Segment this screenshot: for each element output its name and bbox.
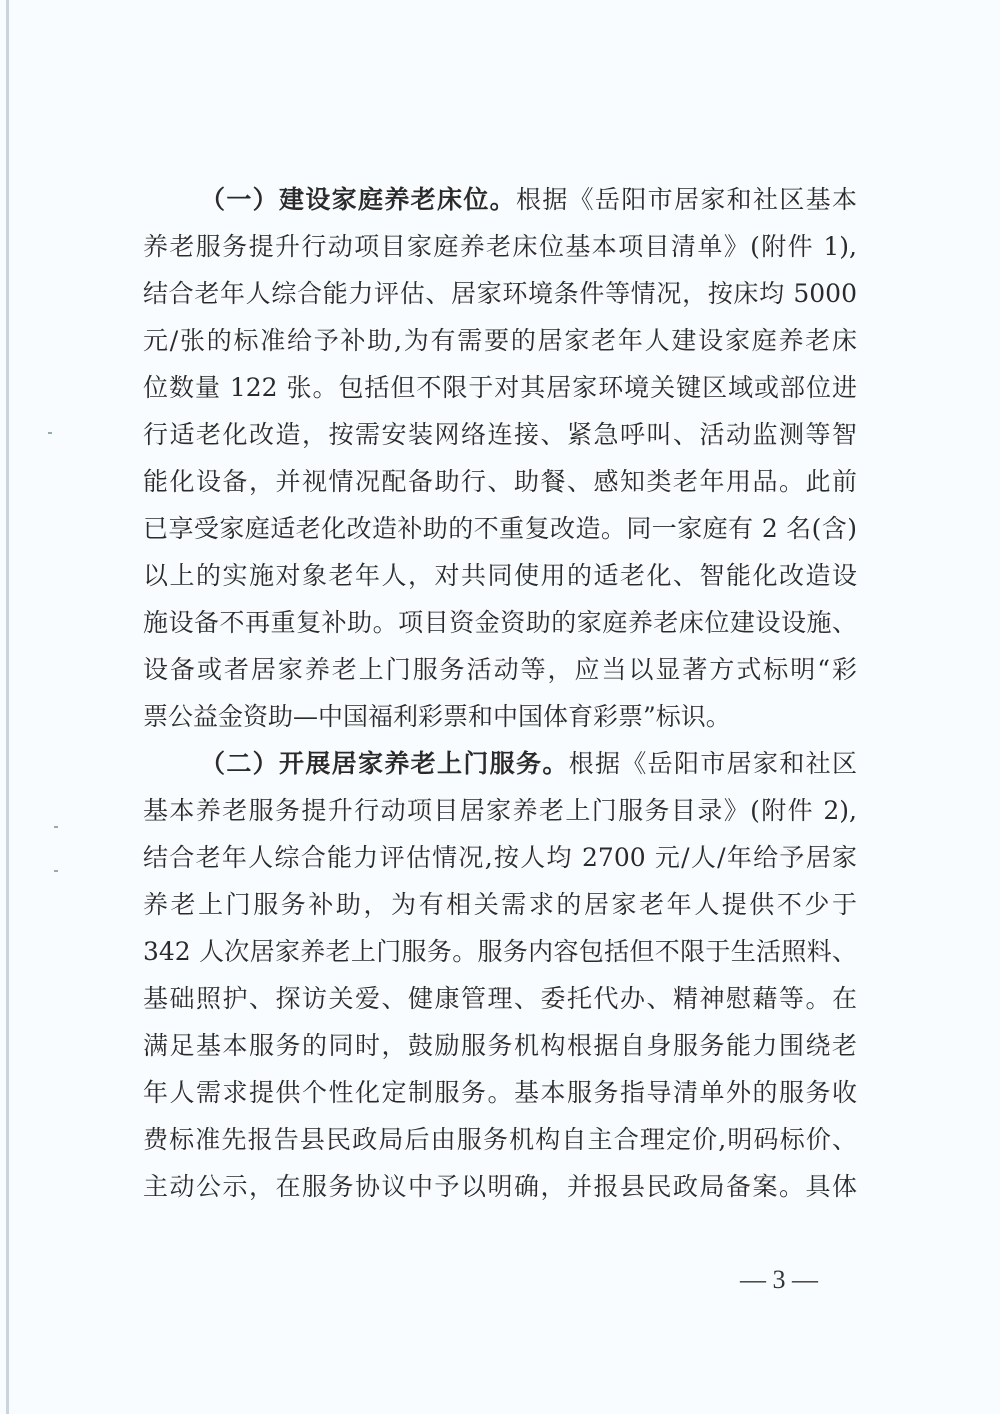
paragraph-line: 元/张的标准给予补助,为有需要的居家老年人建设家庭养老床 bbox=[143, 317, 857, 364]
paragraph-line: 费标准先报告县民政局后由服务机构自主合理定价,明码标价、 bbox=[143, 1116, 857, 1163]
paragraph-line: 满足基本服务的同时，鼓励服务机构根据自身服务能力围绕老 bbox=[143, 1022, 857, 1069]
paragraph-line: 养老上门服务补助，为有相关需求的居家老年人提供不少于 bbox=[143, 881, 857, 928]
section2-heading: （二）开展居家养老上门服务。 bbox=[200, 749, 569, 778]
scan-speck bbox=[54, 870, 58, 872]
paragraph-line: 基础照护、探访关爱、健康管理、委托代办、精神慰藉等。在 bbox=[143, 975, 857, 1022]
paragraph-line: 设备或者居家养老上门服务活动等，应当以显著方式标明“彩 bbox=[143, 646, 857, 693]
paragraph-line: 票公益金资助—中国福利彩票和中国体育彩票”标识。 bbox=[143, 693, 857, 740]
scan-speck bbox=[54, 826, 58, 828]
paragraph-text: 根据《岳阳市居家和社区 bbox=[569, 749, 857, 778]
paragraph-line: 行适老化改造，按需安装网络连接、紧急呼叫、活动监测等智 bbox=[143, 411, 857, 458]
page-number: — 3 — bbox=[740, 1265, 818, 1295]
scan-speck bbox=[48, 432, 52, 434]
paragraph-line: 结合老年人综合能力评估、居家环境条件等情况，按床均 5000 bbox=[143, 270, 857, 317]
paragraph-line: 结合老年人综合能力评估情况,按人均 2700 元/人/年给予居家 bbox=[143, 834, 857, 881]
paragraph-line: 年人需求提供个性化定制服务。基本服务指导清单外的服务收 bbox=[143, 1069, 857, 1116]
section2-first-line: （二）开展居家养老上门服务。根据《岳阳市居家和社区 bbox=[143, 740, 857, 787]
paragraph-line: 位数量 122 张。包括但不限于对其居家环境关键区域或部位进 bbox=[143, 364, 857, 411]
paragraph-line: 以上的实施对象老年人，对共同使用的适老化、智能化改造设 bbox=[143, 552, 857, 599]
section1-heading: （一）建设家庭养老床位。 bbox=[200, 185, 516, 214]
scan-edge-line bbox=[6, 0, 9, 1414]
section1-first-line: （一）建设家庭养老床位。根据《岳阳市居家和社区基本 bbox=[143, 176, 857, 223]
paragraph-line: 342 人次居家养老上门服务。服务内容包括但不限于生活照料、 bbox=[143, 928, 857, 975]
paragraph-line: 基本养老服务提升行动项目居家养老上门服务目录》(附件 2), bbox=[143, 787, 857, 834]
paragraph-line: 养老服务提升行动项目家庭养老床位基本项目清单》(附件 1), bbox=[143, 223, 857, 270]
paragraph-line: 已享受家庭适老化改造补助的不重复改造。同一家庭有 2 名(含) bbox=[143, 505, 857, 552]
paragraph-line: 能化设备，并视情况配备助行、助餐、感知类老年用品。此前 bbox=[143, 458, 857, 505]
paragraph-line: 主动公示，在服务协议中予以明确，并报县民政局备案。具体 bbox=[143, 1163, 857, 1210]
document-body: （一）建设家庭养老床位。根据《岳阳市居家和社区基本 养老服务提升行动项目家庭养老… bbox=[143, 176, 857, 1210]
paragraph-text: 根据《岳阳市居家和社区基本 bbox=[516, 185, 857, 214]
paragraph-line: 施设备不再重复补助。项目资金资助的家庭养老床位建设设施、 bbox=[143, 599, 857, 646]
